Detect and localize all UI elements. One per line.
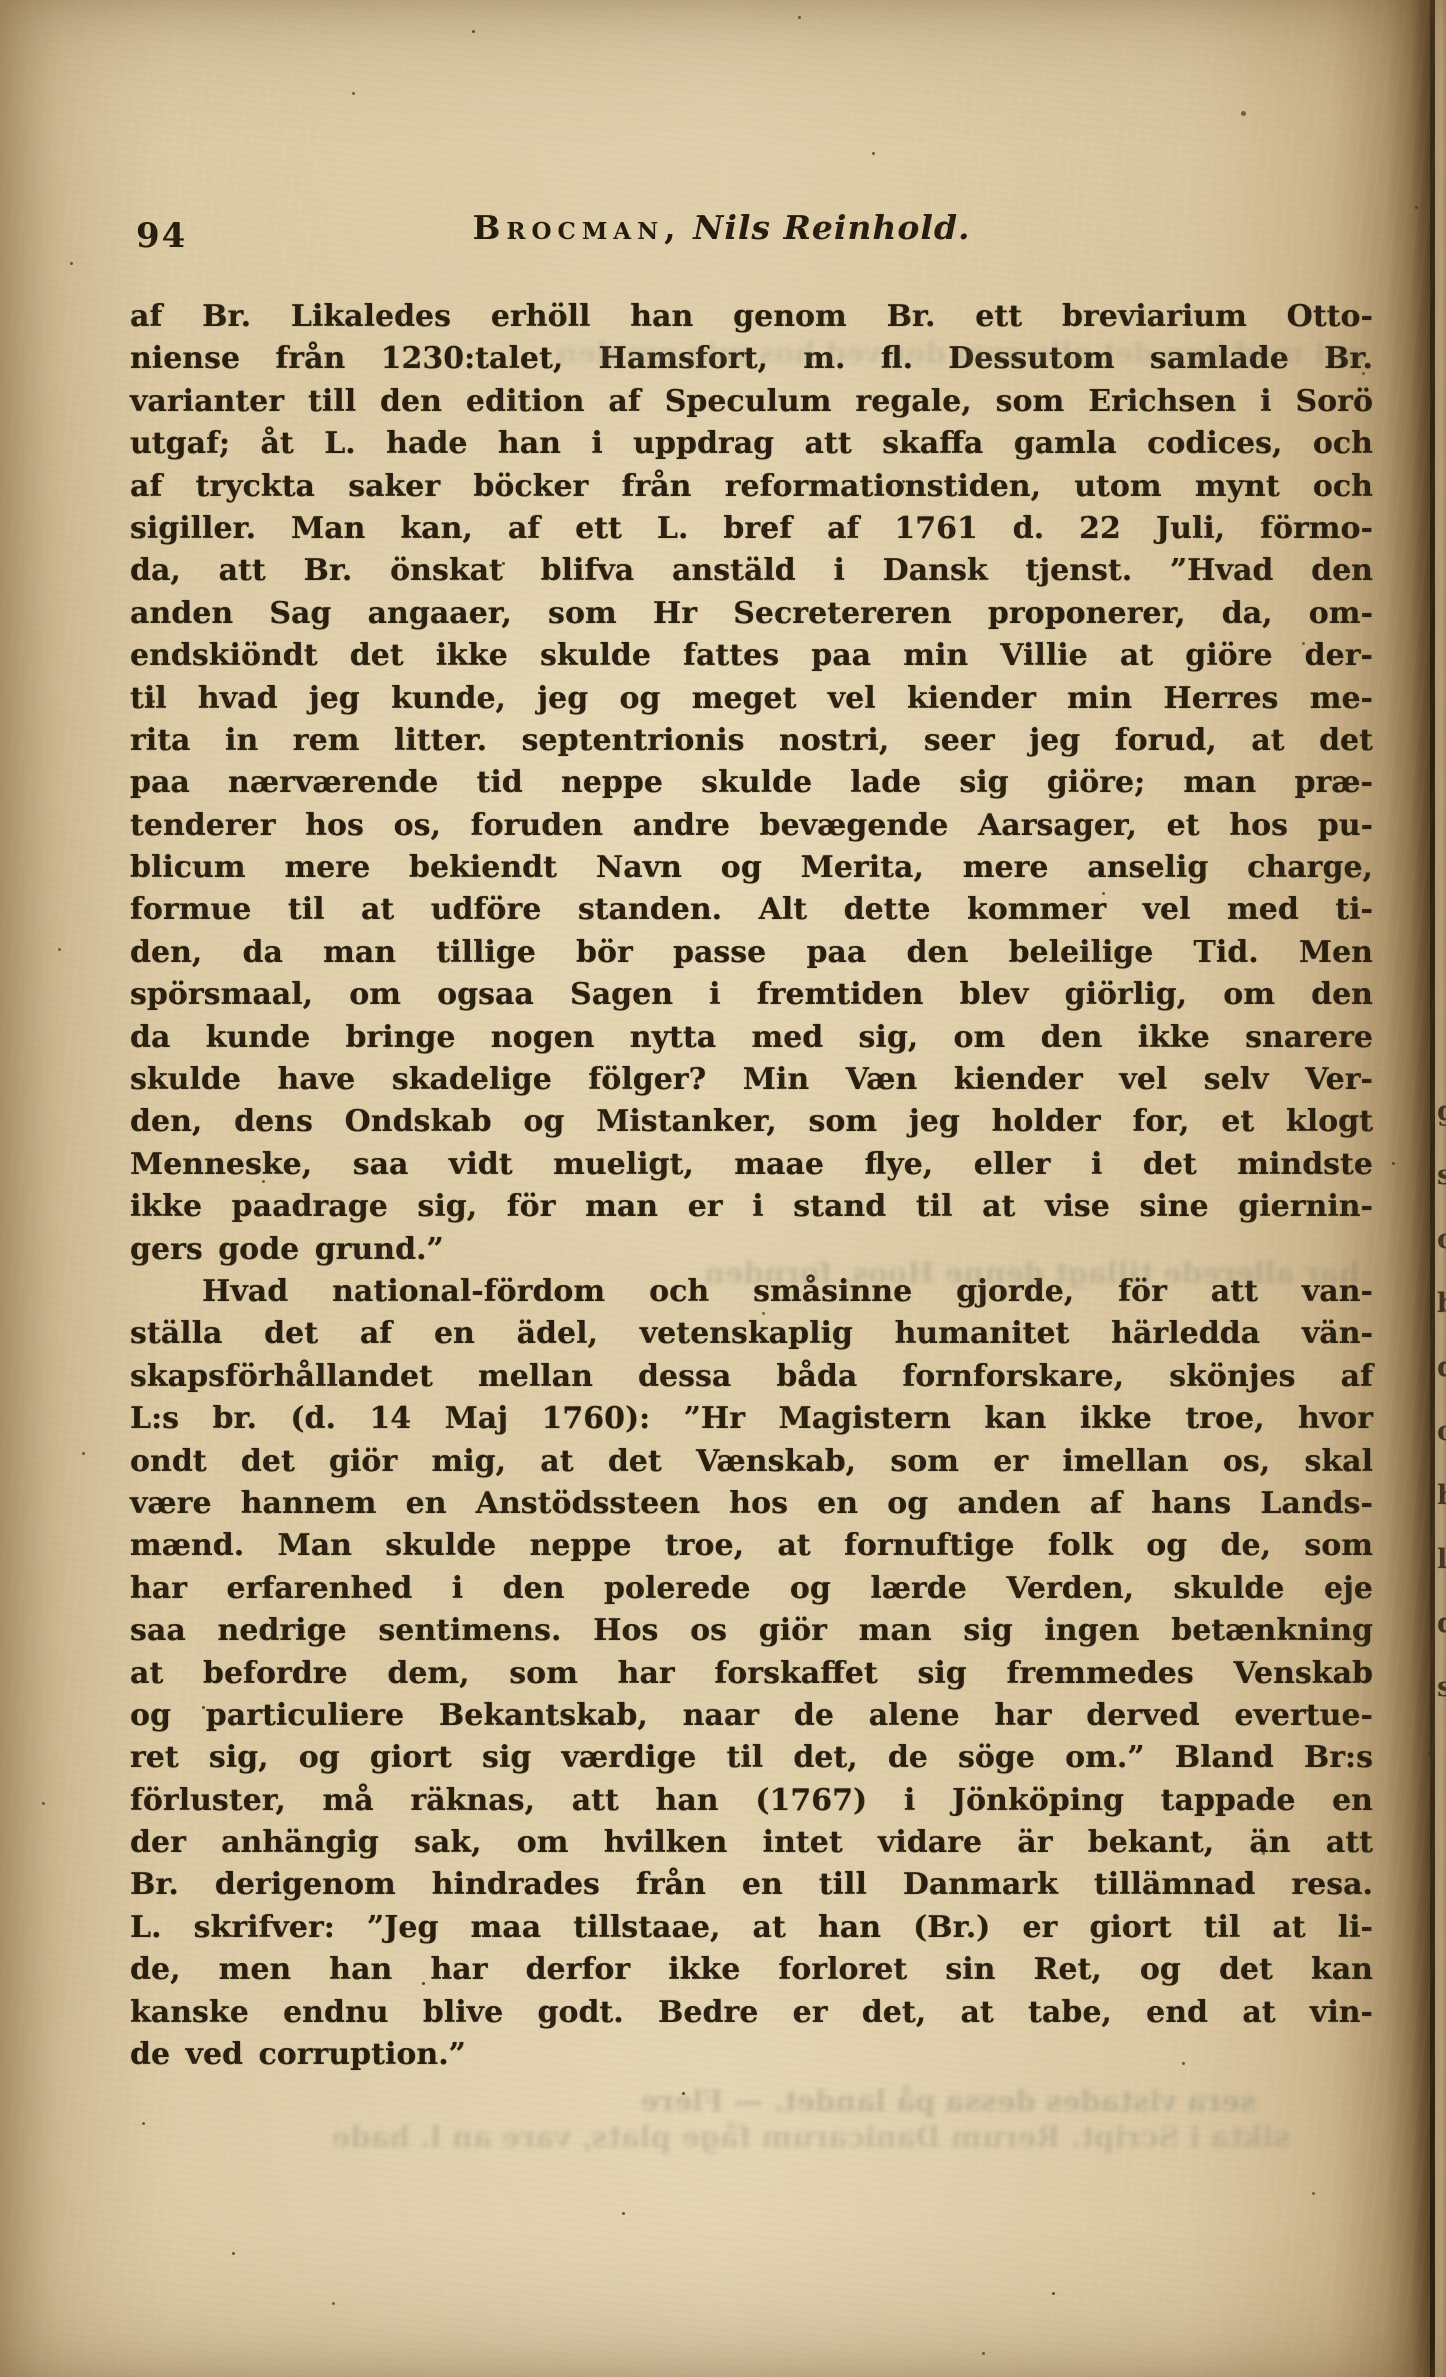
paper-specks: [0, 0, 3, 3]
text-line: skulde have skadelige fölger? Min Væn ki…: [130, 1059, 1373, 1101]
text-line: blicum mere bekiendt Navn og Merita, mer…: [130, 847, 1373, 889]
text-line: kanske endnu blive godt. Bedre er det, a…: [130, 1992, 1373, 2034]
text-line: at befordre dem, som har forskaffet sig …: [130, 1653, 1373, 1695]
edge-letter: d: [1437, 1592, 1446, 1656]
body-text: af Br. Likaledes erhöll han genom Br. et…: [130, 296, 1373, 2076]
text-line: spörsmaal, om ogsaa Sagen i fremtiden bl…: [130, 974, 1373, 1016]
text-line: Menneske, saa vidt mueligt, maae flye, e…: [130, 1144, 1373, 1186]
text-line: formue til at udföre standen. Alt dette …: [130, 889, 1373, 931]
text-line: den, dens Ondskab og Mistanker, som jeg …: [130, 1101, 1373, 1143]
text-line: være hannem en Anstödssteen hos en og an…: [130, 1483, 1373, 1525]
edge-letter: h: [1437, 1464, 1446, 1528]
page-edge-shadow: [1386, 0, 1432, 2377]
text-line: da, att Br. önskat blifva anstäld i Dans…: [130, 550, 1373, 592]
text-line: ikke paadrage sig, för man er i stand ti…: [130, 1186, 1373, 1228]
text-line: de ved corruption.”: [130, 2034, 1373, 2076]
text-line: mænd. Man skulde neppe troe, at fornufti…: [130, 1525, 1373, 1567]
edge-letter: g: [1437, 1080, 1446, 1144]
text-line: har erfarenhed i den polerede og lærde V…: [130, 1568, 1373, 1610]
edge-letter: o: [1437, 1400, 1446, 1464]
text-line: niense från 1230:talet, Hamsfort, m. fl.…: [130, 338, 1373, 380]
text-line: skapsförhållandet mellan dessa båda forn…: [130, 1356, 1373, 1398]
text-line: af Br. Likaledes erhöll han genom Br. et…: [130, 296, 1373, 338]
adjacent-page-sliver: gscbdohlds: [1435, 0, 1446, 2377]
page-header: 94 Brocman, Nils Reinhold.: [130, 208, 1373, 264]
bleedthrough-text: sikta i Script. Rerum Danicarum fåge pla…: [150, 2120, 1290, 2160]
text-line: da kunde bringe nogen nytta med sig, om …: [130, 1017, 1373, 1059]
text-line: L:s br. (d. 14 Maj 1760): ”Hr Magistern …: [130, 1398, 1373, 1440]
edge-letter: d: [1437, 1336, 1446, 1400]
edge-letter: s: [1437, 1656, 1446, 1720]
text-line: gers gode grund.”: [130, 1229, 1373, 1271]
text-line: anden Sag angaaer, som Hr Secretereren p…: [130, 593, 1373, 635]
text-line: ställa det af en ädel, vetenskaplig huma…: [130, 1313, 1373, 1355]
text-line: der anhängig sak, om hvilken intet vidar…: [130, 1822, 1373, 1864]
edge-letter: b: [1437, 1272, 1446, 1336]
text-line: paa nærværende tid neppe skulde lade sig…: [130, 762, 1373, 804]
text-line: tenderer hos os, foruden andre bevægende…: [130, 805, 1373, 847]
edge-letter: l: [1437, 1528, 1446, 1592]
running-title-subject: Nils Reinhold.: [693, 208, 970, 247]
text-line: ret sig, og giort sig værdige til det, d…: [130, 1737, 1373, 1779]
text-line: og particuliere Bekantskab, naar de alen…: [130, 1695, 1373, 1737]
text-line: Br. derigenom hindrades från en till Dan…: [130, 1864, 1373, 1906]
edge-letter: c: [1437, 1208, 1446, 1272]
text-line: rita in rem litter. septentrionis nostri…: [130, 720, 1373, 762]
text-line: af tryckta saker böcker från reformation…: [130, 466, 1373, 508]
running-title-author: Brocman,: [472, 208, 681, 247]
text-line: endskiöndt det ikke skulde fattes paa mi…: [130, 635, 1373, 677]
text-line: saa nedrige sentimens. Hos os giör man s…: [130, 1610, 1373, 1652]
book-page: 94 Brocman, Nils Reinhold. af Br. Likale…: [0, 0, 1446, 2377]
text-line: utgaf; åt L. hade han i uppdrag att skaf…: [130, 423, 1373, 465]
running-title: Brocman, Nils Reinhold.: [130, 208, 1313, 247]
text-line: den, da man tillige bör passe paa den be…: [130, 932, 1373, 974]
adjacent-page-letters: gscbdohlds: [1437, 1080, 1446, 1720]
text-line: sigiller. Man kan, af ett L. bref af 176…: [130, 508, 1373, 550]
text-line: ondt det giör mig, at det Vænskab, som e…: [130, 1441, 1373, 1483]
text-line: til hvad jeg kunde, jeg og meget vel kie…: [130, 678, 1373, 720]
bleedthrough-text: sera vistades dessa på landet. — Flere: [176, 2084, 1256, 2124]
edge-letter: s: [1437, 1144, 1446, 1208]
text-line: varianter till den edition af Speculum r…: [130, 381, 1373, 423]
text-line: L. skrifver: ”Jeg maa tillstaae, at han …: [130, 1907, 1373, 1949]
text-line: de, men han har derfor ikke forloret sin…: [130, 1949, 1373, 1991]
text-line: förluster, må räknas, att han (1767) i J…: [130, 1780, 1373, 1822]
text-line: Hvad national-fördom och småsinne gjorde…: [130, 1271, 1373, 1313]
